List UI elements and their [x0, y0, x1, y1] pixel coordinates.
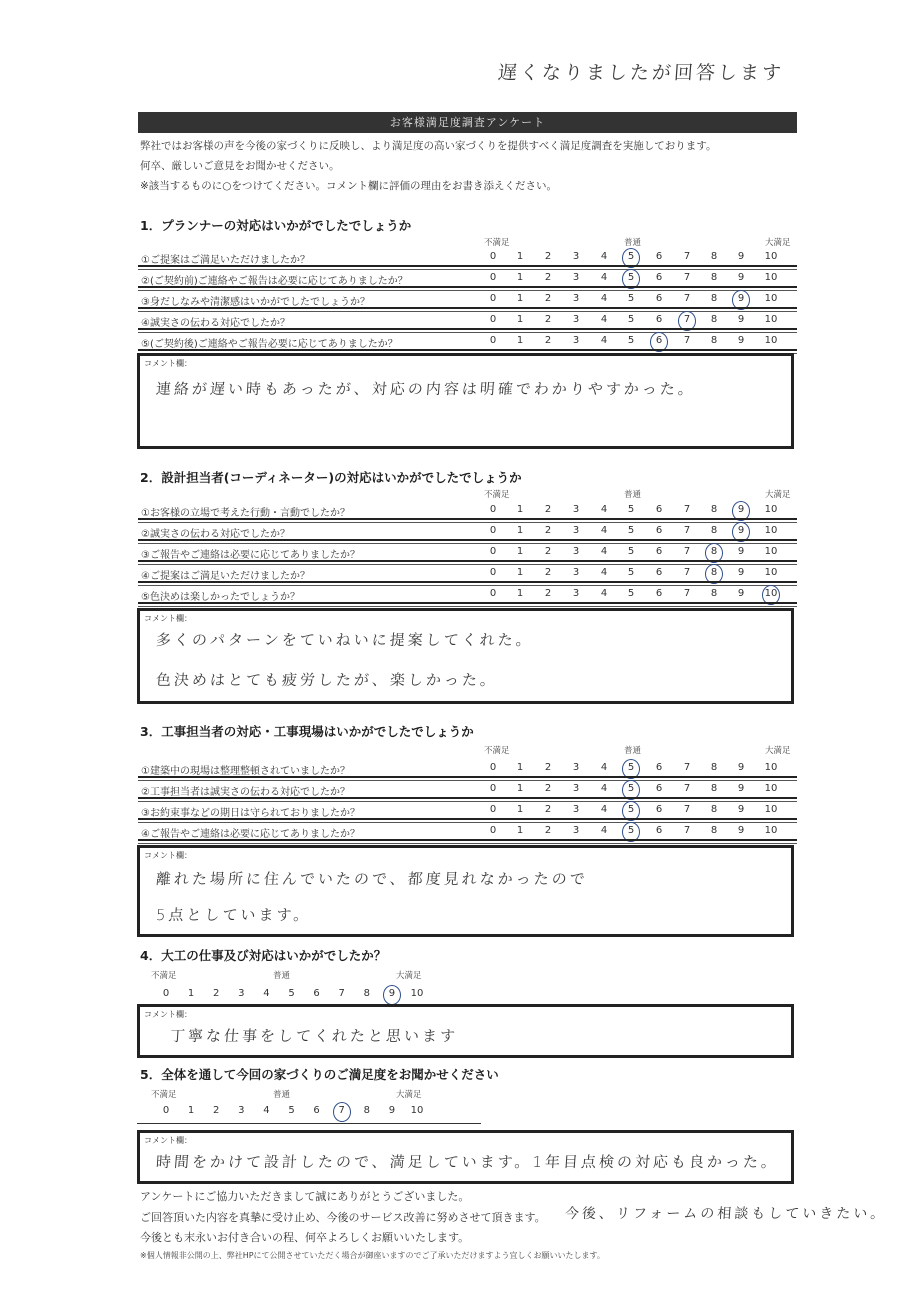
rating-option[interactable]: 4 [594, 335, 614, 346]
rating-option[interactable]: 6 [649, 546, 669, 557]
rating-option[interactable]: 3 [566, 504, 586, 515]
rating-option-selected[interactable]: 5 [621, 762, 641, 773]
question-row: ③ご報告やご連絡は必要に応じてありましたか？012345678910 [138, 543, 797, 564]
rating-option[interactable]: 7 [677, 588, 697, 599]
scale-mid-label: 普通 [273, 1088, 290, 1100]
question-text: ③身だしなみや清潔感はいかがでしたでしょうか？ [141, 293, 370, 308]
question-text: ①建築中の現場は整理整頓されていましたか？ [141, 762, 350, 777]
question-text: ④誠実さの伝わる対応でしたか？ [141, 314, 290, 329]
rating-option[interactable]: 8 [704, 588, 724, 599]
rating-option[interactable]: 5 [621, 588, 641, 599]
section-2-title: 2．設計担当者(コーディネーター)の対応はいかがでしたでしょうか [140, 468, 522, 486]
question-row: ⑤(ご契約後)ご連絡やご報告必要に応じてありましたか？012345678910 [138, 332, 797, 353]
rating-option[interactable]: 6 [649, 272, 669, 283]
rating-option[interactable]: 0 [483, 567, 503, 578]
rating-option[interactable]: 6 [649, 804, 669, 815]
question-row: ②工事担当者は誠実さの伝わる対応でしたか？012345678910 [138, 780, 797, 801]
rating-option[interactable]: 3 [566, 272, 586, 283]
handwritten-note-top: 遅くなりましたが回答します [497, 58, 785, 85]
rating-option[interactable]: 10 [761, 804, 781, 815]
rating-option[interactable]: 2 [538, 293, 558, 304]
rating-option[interactable]: 3 [566, 251, 586, 262]
rating-option[interactable]: 0 [483, 546, 503, 557]
question-text: ①ご提案はご満足いただけましたか？ [141, 251, 310, 266]
rating-option-selected[interactable]: 7 [677, 314, 697, 325]
rating-option[interactable]: 2 [538, 314, 558, 325]
rating-option[interactable]: 6 [649, 525, 669, 536]
rating-option[interactable]: 3 [231, 1105, 251, 1116]
rating-option[interactable]: 10 [761, 272, 781, 283]
comment-label: コメント欄： [144, 1009, 192, 1020]
rating-option[interactable]: 10 [761, 335, 781, 346]
section-1-title: 1．プランナーの対応はいかがでしたでしょうか [140, 216, 411, 234]
rating-option[interactable]: 1 [510, 314, 530, 325]
rating-option-selected[interactable]: 9 [731, 525, 751, 536]
rating-option[interactable]: 9 [731, 783, 751, 794]
scale-high-label: 大満足 [396, 969, 422, 981]
rating-option[interactable]: 2 [538, 783, 558, 794]
scale-mid-label: 普通 [273, 969, 290, 981]
section-1-comment-line-1: 連絡が遅い時もあったが、対応の内容は明確でわかりやすかった。 [155, 378, 696, 399]
rating-option[interactable]: 8 [704, 825, 724, 836]
question-row: ①お客様の立場で考えた行動・言動でしたか？012345678910 [138, 501, 797, 522]
survey-title-bar: お客様満足度調査アンケート [138, 112, 797, 133]
rating-option[interactable]: 1 [510, 762, 530, 773]
scale-high-label: 大満足 [765, 744, 791, 756]
rating-option[interactable]: 4 [594, 525, 614, 536]
rating-option[interactable]: 5 [621, 546, 641, 557]
rating-option[interactable]: 9 [731, 314, 751, 325]
section-4-comment-box[interactable]: コメント欄： 丁寧な仕事をしてくれたと思います [137, 1004, 794, 1058]
rating-option[interactable]: 7 [677, 525, 697, 536]
rating-option[interactable]: 3 [566, 783, 586, 794]
question-text: ④ご報告やご連絡は必要に応じてありましたか？ [141, 825, 360, 840]
question-row: ①建築中の現場は整理整頓されていましたか？012345678910 [138, 759, 797, 780]
rating-option[interactable]: 8 [704, 804, 724, 815]
rating-option[interactable]: 1 [510, 804, 530, 815]
rating-option[interactable]: 3 [566, 762, 586, 773]
comment-label: コメント欄： [144, 850, 192, 861]
question-row: ①ご提案はご満足いただけましたか？012345678910 [138, 248, 797, 269]
question-row: ③身だしなみや清潔感はいかがでしたでしょうか？012345678910 [138, 290, 797, 311]
rating-option[interactable]: 3 [566, 525, 586, 536]
rating-option[interactable]: 9 [731, 825, 751, 836]
rating-option[interactable]: 1 [510, 272, 530, 283]
rating-option[interactable]: 9 [731, 546, 751, 557]
rating-option[interactable]: 0 [483, 783, 503, 794]
rating-option[interactable]: 3 [566, 825, 586, 836]
scale-low-label: 不満足 [484, 488, 510, 500]
rating-option[interactable]: 4 [594, 783, 614, 794]
rating-option-selected[interactable]: 10 [761, 588, 781, 599]
rating-option[interactable]: 6 [649, 783, 669, 794]
rating-option-selected[interactable]: 9 [731, 293, 751, 304]
rating-option[interactable]: 4 [594, 293, 614, 304]
rating-option[interactable]: 10 [761, 825, 781, 836]
rating-option[interactable]: 7 [677, 546, 697, 557]
section-4-comment-line-1: 丁寧な仕事をしてくれたと思います [169, 1025, 458, 1046]
question-text: ①お客様の立場で考えた行動・言動でしたか？ [141, 504, 350, 519]
section-5-underline [137, 1123, 481, 1124]
rating-option[interactable]: 5 [621, 504, 641, 515]
section-4-scale: 012345678910 [0, 988, 920, 1004]
rating-option[interactable]: 9 [731, 272, 751, 283]
rating-option[interactable]: 7 [677, 804, 697, 815]
rating-option[interactable]: 8 [704, 335, 724, 346]
rating-option[interactable]: 10 [761, 525, 781, 536]
rating-option[interactable]: 0 [483, 825, 503, 836]
rating-option[interactable]: 7 [677, 783, 697, 794]
rating-option[interactable]: 7 [332, 988, 352, 999]
rating-option[interactable]: 8 [704, 762, 724, 773]
rating-option[interactable]: 8 [704, 314, 724, 325]
rating-option[interactable]: 4 [256, 988, 276, 999]
scale-low-label: 不満足 [484, 236, 510, 248]
rating-option-selected[interactable]: 8 [704, 546, 724, 557]
rating-option[interactable]: 1 [510, 293, 530, 304]
rating-option[interactable]: 7 [677, 293, 697, 304]
rating-option[interactable]: 0 [483, 504, 503, 515]
rating-option-selected[interactable]: 5 [621, 825, 641, 836]
rating-option-selected[interactable]: 7 [332, 1105, 352, 1116]
rating-option[interactable]: 9 [382, 1105, 402, 1116]
rating-option[interactable]: 3 [566, 804, 586, 815]
question-text: ④ご提案はご満足いただけましたか？ [141, 567, 310, 582]
rating-option-selected[interactable]: 5 [621, 804, 641, 815]
rating-option[interactable]: 9 [731, 335, 751, 346]
question-row: ④誠実さの伝わる対応でしたか？012345678910 [138, 311, 797, 332]
footer-line-2: ご回答頂いた内容を真摯に受け止め、今後のサービス改善に努めさせて頂きます。 [140, 1209, 546, 1225]
rating-option[interactable]: 2 [538, 525, 558, 536]
scale-mid-label: 普通 [624, 744, 641, 756]
section-5-title: 5．全体を通して今回の家づくりのご満足度をお聞かせください [140, 1065, 499, 1083]
rating-option[interactable]: 1 [510, 504, 530, 515]
question-text: ⑤色決めは楽しかったでしょうか？ [141, 588, 300, 603]
rating-option[interactable]: 10 [761, 314, 781, 325]
rating-option[interactable]: 1 [510, 588, 530, 599]
rating-option[interactable]: 4 [594, 762, 614, 773]
intro-line-1: 弊社ではお客様の声を今後の家づくりに反映し、より満足度の高い家づくりを提供すべく… [140, 138, 716, 153]
rating-option[interactable]: 8 [357, 988, 377, 999]
question-text: ②誠実さの伝わる対応でしたか？ [141, 525, 290, 540]
question-text: ②工事担当者は誠実さの伝わる対応でしたか？ [141, 783, 350, 798]
rating-option[interactable]: 10 [407, 1105, 427, 1116]
rating-option[interactable]: 8 [357, 1105, 377, 1116]
rating-option[interactable]: 1 [510, 783, 530, 794]
row-divider [138, 839, 797, 844]
rating-option[interactable]: 8 [704, 293, 724, 304]
rating-option[interactable]: 0 [156, 988, 176, 999]
rating-option[interactable]: 0 [156, 1105, 176, 1116]
comment-label: コメント欄： [144, 613, 192, 624]
rating-option[interactable]: 8 [704, 525, 724, 536]
rating-option[interactable]: 2 [538, 567, 558, 578]
rating-option[interactable]: 1 [510, 825, 530, 836]
rating-option[interactable]: 10 [761, 762, 781, 773]
scale-mid-label: 普通 [624, 236, 641, 248]
rating-option[interactable]: 6 [649, 504, 669, 515]
rating-option[interactable]: 0 [483, 762, 503, 773]
question-text: ③お約束事などの期日は守られておりましたか？ [141, 804, 360, 819]
footer-line-3: 今後とも末永いお付き合いの程、何卒よろしくお願いいたします。 [140, 1229, 469, 1245]
section-1-comment-box[interactable]: コメント欄： 連絡が遅い時もあったが、対応の内容は明確でわかりやすかった。 [137, 353, 794, 449]
rating-option[interactable]: 6 [649, 293, 669, 304]
rating-option[interactable]: 4 [594, 825, 614, 836]
rating-option[interactable]: 1 [181, 1105, 201, 1116]
rating-option[interactable]: 6 [649, 314, 669, 325]
question-row: ⑤色決めは楽しかったでしょうか？012345678910 [138, 585, 797, 606]
rating-option-selected[interactable]: 9 [382, 988, 402, 999]
rating-option[interactable]: 5 [621, 567, 641, 578]
rating-option-selected[interactable]: 8 [704, 567, 724, 578]
rating-option[interactable]: 1 [510, 546, 530, 557]
rating-option[interactable]: 1 [510, 525, 530, 536]
footer-privacy-note: ※個人情報非公開の上、弊社HPにて公開させていただく場合が御座いますのでご了承い… [140, 1250, 605, 1261]
rating-option-selected[interactable]: 6 [649, 335, 669, 346]
comment-label: コメント欄： [144, 358, 192, 369]
rating-option[interactable]: 7 [677, 762, 697, 773]
question-text: ⑤(ご契約後)ご連絡やご報告必要に応じてありましたか？ [141, 335, 398, 350]
rating-option[interactable]: 7 [677, 335, 697, 346]
section-5-scale: 012345678910 [0, 1105, 920, 1121]
section-4-title: 4．大工の仕事及び対応はいかがでしたか？ [140, 946, 386, 964]
rating-option[interactable]: 2 [538, 546, 558, 557]
rating-option[interactable]: 2 [538, 804, 558, 815]
rating-option[interactable]: 10 [761, 783, 781, 794]
rating-option[interactable]: 7 [677, 251, 697, 262]
rating-option[interactable]: 5 [621, 525, 641, 536]
intro-line-3: ※該当するものに○をつけてください。コメント欄に評価の理由をお書き添えください。 [140, 178, 557, 193]
scale-mid-label: 普通 [624, 488, 641, 500]
rating-option[interactable]: 10 [761, 504, 781, 515]
rating-option[interactable]: 6 [649, 251, 669, 262]
rating-option[interactable]: 3 [231, 988, 251, 999]
section-5-comment-box[interactable]: コメント欄： 時間をかけて設計したので、満足しています。1年目点検の対応も良かっ… [137, 1130, 794, 1184]
question-text: ③ご報告やご連絡は必要に応じてありましたか？ [141, 546, 360, 561]
rating-option[interactable]: 4 [594, 804, 614, 815]
footer-handwritten-addendum: 今後、リフォームの相談もしていきたい。 [564, 1203, 888, 1223]
rating-option[interactable]: 2 [538, 762, 558, 773]
rating-option-selected[interactable]: 5 [621, 251, 641, 262]
rating-option[interactable]: 8 [704, 272, 724, 283]
rating-option[interactable]: 7 [677, 272, 697, 283]
footer-line-1: アンケートにご協力いただきまして誠にありがとうございました。 [140, 1188, 469, 1204]
rating-option[interactable]: 10 [761, 293, 781, 304]
rating-option[interactable]: 6 [649, 825, 669, 836]
section-3-comment-line-1: 離れた場所に住んでいたので、都度見れなかったので [155, 868, 588, 889]
rating-option[interactable]: 10 [407, 988, 427, 999]
intro-line-2: 何卒、厳しいご意見をお聞かせください。 [140, 158, 340, 173]
scale-low-label: 不満足 [151, 1088, 177, 1100]
section-5-comment-line-1: 時間をかけて設計したので、満足しています。1年目点検の対応も良かった。 [155, 1151, 780, 1172]
rating-option[interactable]: 8 [704, 251, 724, 262]
rating-option[interactable]: 1 [510, 335, 530, 346]
rating-option[interactable]: 5 [621, 335, 641, 346]
comment-label: コメント欄： [144, 1135, 192, 1146]
question-row: ②(ご契約前)ご連絡やご報告は必要に応じてありましたか？012345678910 [138, 269, 797, 290]
rating-option[interactable]: 0 [483, 335, 503, 346]
rating-option[interactable]: 0 [483, 293, 503, 304]
rating-option[interactable]: 2 [538, 251, 558, 262]
rating-option[interactable]: 10 [761, 251, 781, 262]
section-2-comment-box[interactable]: コメント欄： 多くのパターンをていねいに提案してくれた。 色決めはとても疲労した… [137, 608, 794, 704]
rating-option[interactable]: 3 [566, 567, 586, 578]
rating-option-selected[interactable]: 5 [621, 272, 641, 283]
rating-option[interactable]: 5 [621, 293, 641, 304]
rating-option[interactable]: 0 [483, 272, 503, 283]
rating-option[interactable]: 9 [731, 804, 751, 815]
rating-option[interactable]: 4 [594, 314, 614, 325]
rating-option[interactable]: 2 [206, 1105, 226, 1116]
rating-option[interactable]: 6 [649, 567, 669, 578]
rating-option[interactable]: 9 [731, 588, 751, 599]
rating-option[interactable]: 1 [181, 988, 201, 999]
rating-option[interactable]: 3 [566, 314, 586, 325]
rating-option[interactable]: 0 [483, 588, 503, 599]
rating-option[interactable]: 3 [566, 335, 586, 346]
rating-option[interactable]: 10 [761, 546, 781, 557]
rating-option[interactable]: 3 [566, 588, 586, 599]
rating-option[interactable]: 4 [256, 1105, 276, 1116]
rating-option[interactable]: 1 [510, 251, 530, 262]
rating-option-selected[interactable]: 5 [621, 783, 641, 794]
rating-option[interactable]: 2 [538, 504, 558, 515]
rating-option[interactable]: 4 [594, 504, 614, 515]
rating-option[interactable]: 4 [594, 588, 614, 599]
rating-option[interactable]: 2 [538, 335, 558, 346]
rating-option[interactable]: 2 [538, 588, 558, 599]
rating-option[interactable]: 5 [282, 1105, 302, 1116]
row-divider [138, 602, 797, 607]
rating-option[interactable]: 4 [594, 251, 614, 262]
rating-option[interactable]: 2 [206, 988, 226, 999]
rating-option[interactable]: 8 [704, 504, 724, 515]
rating-option[interactable]: 2 [538, 272, 558, 283]
section-3-comment-line-2: 5点としています。 [155, 904, 312, 925]
rating-option[interactable]: 1 [510, 567, 530, 578]
rating-option[interactable]: 0 [483, 251, 503, 262]
section-2-comment-line-1: 多くのパターンをていねいに提案してくれた。 [155, 629, 534, 650]
rating-option[interactable]: 3 [566, 546, 586, 557]
scale-high-label: 大満足 [765, 236, 791, 248]
rating-option[interactable]: 0 [483, 525, 503, 536]
rating-option[interactable]: 5 [621, 314, 641, 325]
rating-option-selected[interactable]: 9 [731, 504, 751, 515]
scale-high-label: 大満足 [765, 488, 791, 500]
section-3-title: 3．工事担当者の対応・工事現場はいかがでしたでしょうか [140, 722, 474, 740]
rating-option[interactable]: 10 [761, 567, 781, 578]
rating-option[interactable]: 7 [677, 567, 697, 578]
rating-option[interactable]: 6 [649, 762, 669, 773]
rating-option[interactable]: 7 [677, 825, 697, 836]
rating-option[interactable]: 9 [731, 567, 751, 578]
question-row: ④ご提案はご満足いただけましたか？012345678910 [138, 564, 797, 585]
rating-option[interactable]: 9 [731, 251, 751, 262]
rating-option[interactable]: 6 [307, 988, 327, 999]
rating-option[interactable]: 4 [594, 567, 614, 578]
rating-option[interactable]: 7 [677, 504, 697, 515]
rating-option[interactable]: 2 [538, 825, 558, 836]
rating-option[interactable]: 4 [594, 546, 614, 557]
question-row: ④ご報告やご連絡は必要に応じてありましたか？012345678910 [138, 822, 797, 843]
rating-option[interactable]: 5 [282, 988, 302, 999]
rating-option[interactable]: 6 [649, 588, 669, 599]
rating-option[interactable]: 9 [731, 762, 751, 773]
scale-high-label: 大満足 [396, 1088, 422, 1100]
rating-option[interactable]: 8 [704, 783, 724, 794]
scale-low-label: 不満足 [484, 744, 510, 756]
scale-low-label: 不満足 [151, 969, 177, 981]
section-3-comment-box[interactable]: コメント欄： 離れた場所に住んでいたので、都度見れなかったので 5点としています… [137, 845, 794, 937]
rating-option[interactable]: 3 [566, 293, 586, 304]
rating-option[interactable]: 0 [483, 314, 503, 325]
question-row: ②誠実さの伝わる対応でしたか？012345678910 [138, 522, 797, 543]
section-2-comment-line-2: 色決めはとても疲労したが、楽しかった。 [155, 669, 498, 690]
rating-option[interactable]: 6 [307, 1105, 327, 1116]
question-row: ③お約束事などの期日は守られておりましたか？012345678910 [138, 801, 797, 822]
rating-option[interactable]: 0 [483, 804, 503, 815]
question-text: ②(ご契約前)ご連絡やご報告は必要に応じてありましたか？ [141, 272, 408, 287]
rating-option[interactable]: 4 [594, 272, 614, 283]
